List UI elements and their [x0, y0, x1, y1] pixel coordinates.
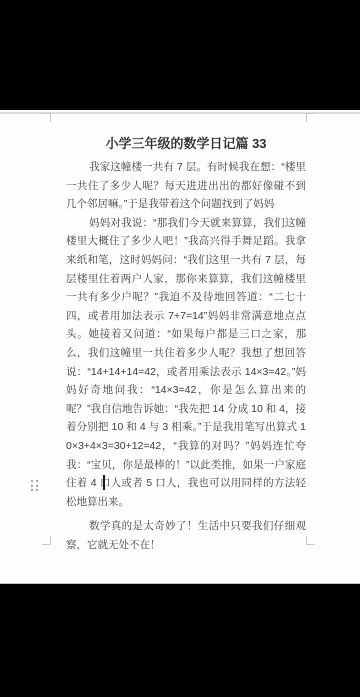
paragraph-2[interactable]: 妈妈对我说：“那我们今天就来算算，我们这幢楼里大概住了多少人吧！”我高兴得手舞足…: [66, 214, 306, 512]
margin-mark-bottom-left-icon: [42, 536, 51, 545]
handle-dot: [36, 480, 38, 482]
document-page[interactable]: 小学三年级的数学日记篇 33 我家这幢楼一共有 7 层。有时候我在想：“楼里一共…: [0, 110, 360, 584]
paragraph-3[interactable]: 数学真的是太奇妙了！生活中只要我们仔细观察，它就无处不在！: [66, 517, 306, 554]
bottom-letterbox-bar: [0, 584, 360, 697]
document-text-area[interactable]: 小学三年级的数学日记篇 33 我家这幢楼一共有 7 层。有时候我在想：“楼里一共…: [66, 134, 306, 554]
handle-dot: [31, 485, 33, 487]
paragraph-1[interactable]: 我家这幢楼一共有 7 层。有时候我在想：“楼里一共住了多少人呢？每天进进出出的都…: [66, 158, 306, 214]
top-letterbox-bar: [0, 0, 360, 110]
margin-mark-top-left-icon: [42, 113, 51, 122]
phone-screen: 小学三年级的数学日记篇 33 我家这幢楼一共有 7 层。有时候我在想：“楼里一共…: [0, 0, 360, 697]
paragraph-drag-handle-icon[interactable]: [31, 480, 38, 491]
margin-mark-top-right-icon: [306, 113, 315, 122]
text-cursor-caret: [103, 475, 105, 490]
document-body: 我家这幢楼一共有 7 层。有时候我在想：“楼里一共住了多少人呢？每天进进出出的都…: [66, 158, 306, 554]
handle-dot: [31, 480, 33, 482]
handle-dot: [36, 485, 38, 487]
handle-dot: [31, 489, 33, 491]
document-title[interactable]: 小学三年级的数学日记篇 33: [66, 134, 306, 154]
handle-dot: [36, 489, 38, 491]
margin-mark-bottom-right-icon: [306, 536, 315, 545]
